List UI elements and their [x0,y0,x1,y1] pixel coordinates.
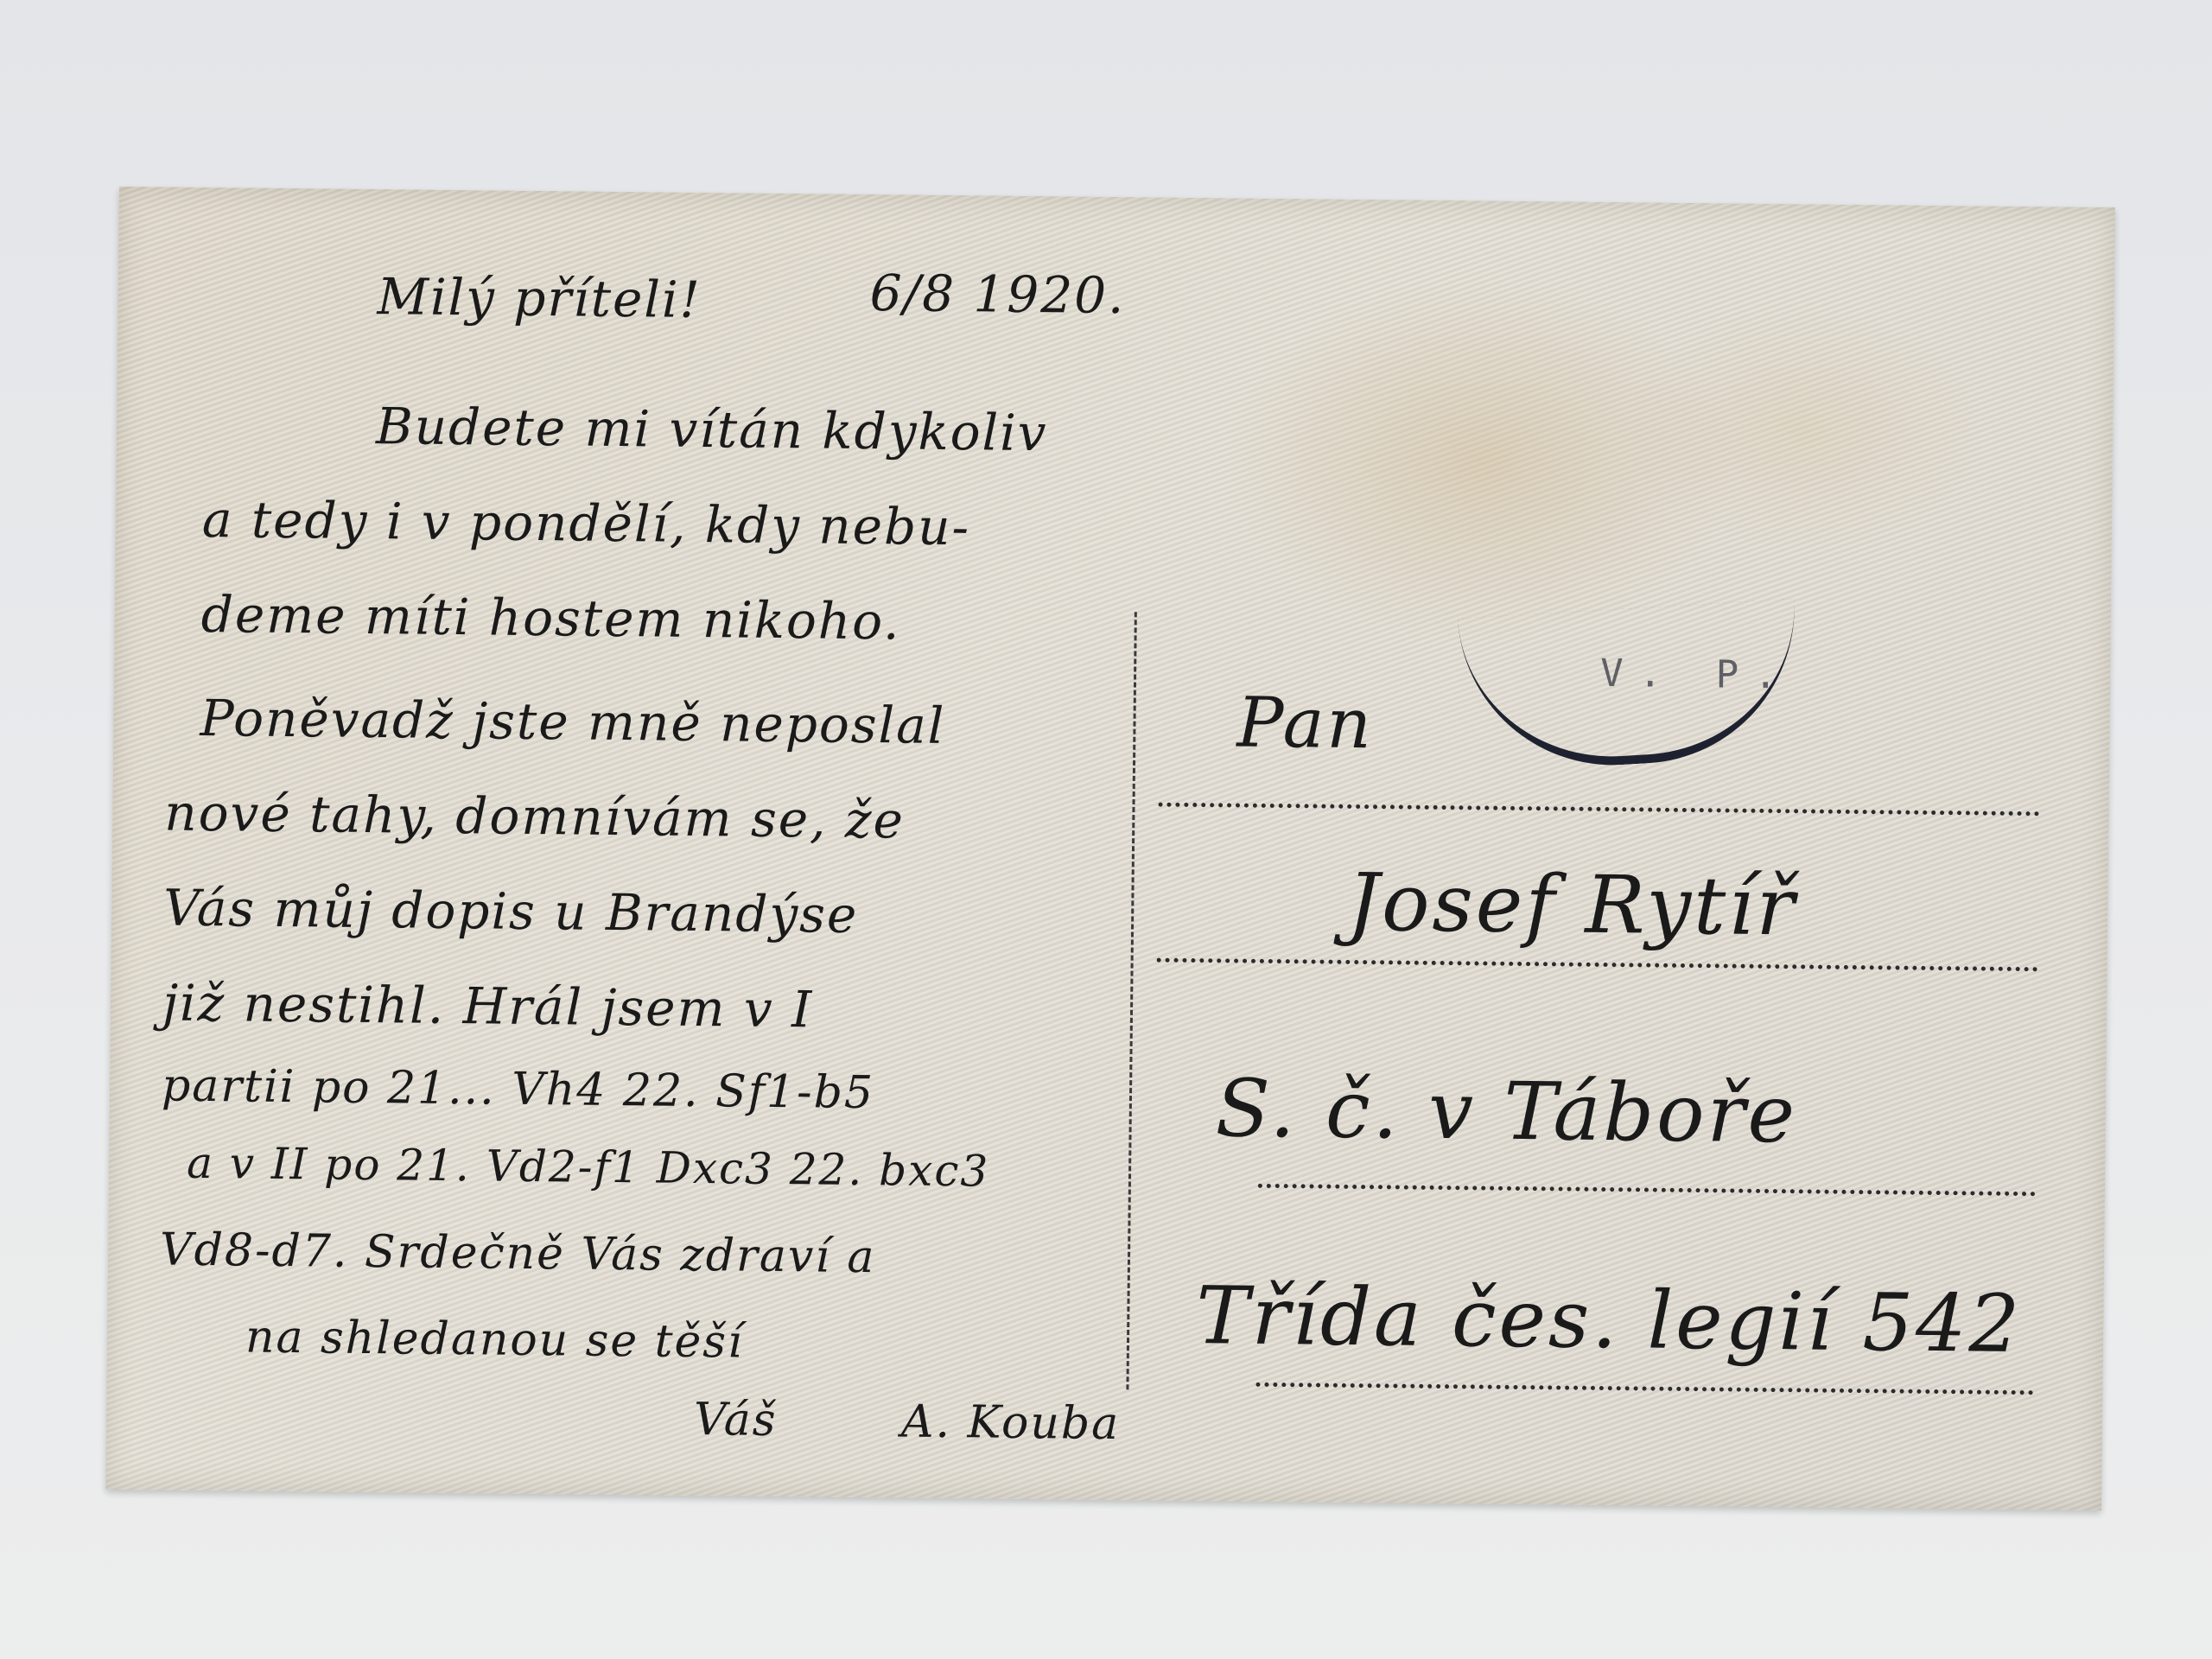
center-divider [1126,612,1136,1389]
address-line [1157,958,2038,972]
address-name: Josef Rytíř [1347,856,1797,953]
address-line [1255,1382,2033,1395]
postmark-text: V. P. [1600,652,1793,697]
message-line: Budete mi vítán kdykoliv [376,397,1048,462]
address-city: S. č. v Táboře [1215,1062,1797,1160]
message-line: již nestihl. Hrál jsem v I [162,974,814,1039]
address-street: Třída čes. legií 542 [1196,1269,2023,1370]
closing: Váš [694,1394,778,1446]
message-line: nové tahy, domnívám se, že [164,784,905,850]
message-line: na shledanou se těší [245,1312,744,1369]
postcard: Milý příteli! 6/8 1920. Budete mi vítán … [105,187,2115,1510]
date: 6/8 1920. [869,264,1126,325]
message-line: a v II po 21. Vd2-f1 Dxc3 22. bxc3 [187,1138,990,1197]
address-salutation: Pan [1236,683,1374,765]
address-line [1159,803,2040,817]
message-line: partii po 21... Vh4 22. Sf1-b5 [162,1060,875,1120]
signature: A. Kouba [901,1396,1121,1451]
message-line: Vás můj dopis u Brandýse [163,879,859,944]
message-line: Vd8-d7. Srdečně Vás zdraví a [160,1224,876,1284]
message-line: deme míti hostem nikoho. [200,585,900,651]
address-line [1258,1184,2036,1196]
greeting: Milý příteli! [377,267,702,329]
message-line: a tedy i v pondělí, kdy nebu- [202,490,971,556]
message-line: Poněvadž jste mně neposlal [200,689,946,755]
